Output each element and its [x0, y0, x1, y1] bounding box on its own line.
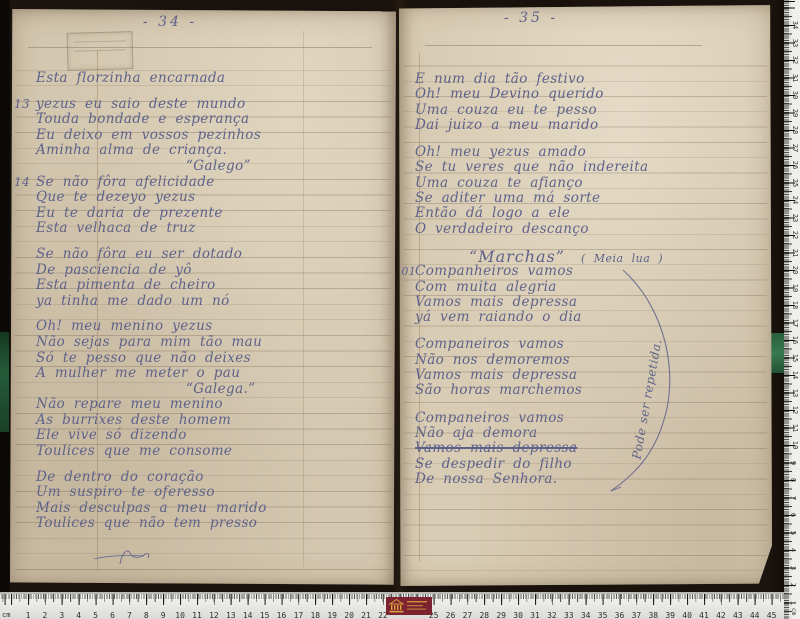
ruler-number: 2 — [789, 583, 797, 587]
ruler-number: 43 — [733, 611, 743, 619]
poem-line: Se tu veres que não indereita — [415, 160, 755, 175]
ruler-number: 19 — [327, 611, 337, 619]
ruler-number: 9 — [789, 460, 797, 464]
ruler-number: 33 — [791, 38, 799, 46]
ruler-number: 32 — [547, 611, 557, 619]
ruler-number: 7 — [127, 611, 132, 619]
ruler-number: 13 — [791, 388, 799, 396]
ruler-number: 25 — [791, 178, 799, 186]
ruler-number: 33 — [564, 611, 574, 619]
poem-line: Mais desculpas a meu marido — [36, 501, 376, 517]
ruler-number: 6 — [110, 611, 115, 619]
ruler-number: 42 — [716, 611, 726, 619]
ruler-number: 4 — [789, 548, 797, 552]
margin-number: 13 — [14, 97, 30, 113]
stanza-attribution: “Galego” — [36, 159, 376, 175]
ruler-number: 17 — [294, 611, 304, 619]
ruler-number: 37 — [632, 611, 642, 619]
poem-line: 13yezus eu saio deste mundo — [36, 97, 376, 113]
page-number: - 34 - — [120, 14, 220, 30]
ruler-number: 31 — [791, 73, 799, 81]
scanned-manuscript-view: { "manuscript": { "left_page": { "page_n… — [0, 0, 800, 619]
ruler-number: 27 — [791, 143, 799, 151]
green-strip-left — [0, 332, 9, 432]
poem-line: Esta pimenta de cheiro — [36, 278, 376, 294]
ruler-number: 30 — [791, 91, 799, 99]
ruler-number: 38 — [648, 611, 658, 619]
poem-line: Oh! meu yezus amado — [415, 145, 755, 160]
ruler-number: 12 — [209, 611, 219, 619]
ruler-number: 30 — [513, 611, 523, 619]
ruler-number: 16 — [277, 611, 287, 619]
poem-text-left: Esta florzinha encarnada13yezus eu saio … — [36, 71, 376, 532]
poem-line: 14Se não fôra afelicidade — [36, 175, 376, 191]
ruler-number: 16 — [791, 336, 799, 344]
ruler-number: 20 — [791, 266, 799, 274]
ruler-number: 26 — [446, 611, 456, 619]
poem-line: ya tinha me dado um nó — [36, 294, 376, 310]
ruler-number: 3 — [59, 611, 64, 619]
ruler-number: 18 — [310, 611, 320, 619]
ruler-number: 28 — [479, 611, 489, 619]
ruler-number: 10 — [175, 611, 185, 619]
repeat-curve — [555, 258, 690, 503]
poem-line: A mulher me meter o pau — [36, 366, 376, 382]
poem-line: Só te pesso que não deixes — [36, 351, 376, 367]
ruler-number: 2 — [42, 611, 47, 619]
ruler-number: 13 — [226, 611, 236, 619]
ruler-number: 14 — [791, 371, 799, 379]
blind-stamp — [67, 31, 134, 71]
signature-flourish — [92, 546, 162, 570]
ruler-number: 34 — [581, 611, 591, 619]
poem-line: Eu te daria de prezente — [36, 206, 376, 222]
poem-line: As burrixes deste homem — [36, 413, 376, 429]
ruler-number: 12 — [791, 406, 799, 414]
ruler-number: 21 — [361, 611, 371, 619]
ruler-number: 45 — [767, 611, 777, 619]
poem-line: De pasciencia de yô — [36, 263, 376, 279]
poem-line: Uma couza eu te pesso — [415, 103, 755, 118]
poem-line: Não sejas para mim tão mau — [36, 335, 376, 351]
poem-line: Se não fôra eu ser dotado — [36, 247, 376, 263]
poem-line: Oh! meu menino yezus — [36, 319, 376, 335]
ruler-number: 9 — [161, 611, 166, 619]
poem-line: Aminha alma de criança. — [36, 143, 376, 159]
ruler-number: 36 — [615, 611, 625, 619]
poem-line: Esta velhaca de truz — [36, 221, 376, 237]
ruler-number: 15 — [791, 353, 799, 361]
ruler-number: 21 — [791, 248, 799, 256]
ruler-number: 39 — [665, 611, 675, 619]
ruler-number: 44 — [750, 611, 760, 619]
ruler-number: 17 — [791, 318, 799, 326]
poem-line: E num dia tão festivo — [415, 72, 755, 87]
poem-line: Então dá logo a ele — [415, 206, 755, 221]
poem-line: Esta florzinha encarnada — [36, 71, 376, 87]
ruler-number: 31 — [530, 611, 540, 619]
ruler-number: 1 — [26, 611, 31, 619]
ruler-number: 5 — [93, 611, 98, 619]
ruler-number: 24 — [791, 196, 799, 204]
ruler-number: 5 — [789, 530, 797, 534]
poem-line: Toulices que me consome — [36, 444, 376, 460]
ruler-number: 6 — [789, 513, 797, 517]
poem-line: Se aditer uma má sorte — [415, 191, 755, 206]
stanza-attribution: “Galega.” — [36, 382, 376, 398]
ruler-number: 22 — [791, 231, 799, 239]
ruler-number: 18 — [791, 301, 799, 309]
archive-logo — [386, 597, 432, 615]
header-rule — [425, 45, 702, 46]
ruler-number: 1 — [789, 600, 797, 604]
ruler-number: 19 — [791, 283, 799, 291]
ruler-number: 15 — [260, 611, 270, 619]
cm-unit-label: cm — [2, 611, 10, 619]
ruler-number: 20 — [344, 611, 354, 619]
ruler-number: 32 — [791, 56, 799, 64]
poem-line: De dentro do coração — [36, 470, 376, 486]
poem-line: Que te dezeyo yezus — [36, 190, 376, 206]
left-page: - 34 - Esta florzinha encarnada13yezus e… — [10, 9, 396, 587]
ruler-number: 35 — [598, 611, 608, 619]
poem-line: Touda bondade e esperança — [36, 112, 376, 128]
ruler-number: 3 — [789, 565, 797, 569]
poem-line: Ele vive só dizendo — [36, 428, 376, 444]
poem-line: Uma couza te afianço — [415, 176, 755, 191]
stanza-gap — [415, 237, 755, 249]
ruler-number: 8 — [144, 611, 149, 619]
cm-unit-label: cm — [790, 608, 797, 615]
ruler-number: 8 — [789, 478, 797, 482]
margin-number: 101 — [394, 264, 416, 279]
margin-number: 14 — [14, 175, 30, 191]
poem-line: Toulices que não tem presso — [36, 516, 376, 532]
poem-line: Não repare meu menino — [36, 397, 376, 413]
archive-building-icon — [386, 597, 432, 615]
ruler-number: 23 — [791, 213, 799, 221]
ruler-number: 7 — [789, 495, 797, 499]
ruler-number: 14 — [243, 611, 253, 619]
ruler-number: 28 — [791, 126, 799, 134]
ruler-number: 11 — [192, 611, 202, 619]
ruler-number: 29 — [791, 108, 799, 116]
ruler-number: 10 — [791, 441, 799, 449]
ruler-number: 26 — [791, 161, 799, 169]
vertical-ruler: cm 3433323130292827262524232221201918171… — [784, 0, 800, 619]
ruler-number: 29 — [496, 611, 506, 619]
poem-line: Oh! meu Devino querido — [415, 87, 755, 102]
poem-line: O verdadeiro descanço — [415, 222, 755, 237]
ruler-number: 40 — [682, 611, 692, 619]
ruler-number: 41 — [699, 611, 709, 619]
ruler-number: 34 — [791, 21, 799, 29]
ruler-number: 4 — [76, 611, 81, 619]
poem-line: Dai juizo a meu marido — [415, 118, 755, 133]
ruler-number: 11 — [791, 423, 799, 431]
poem-line: Eu deixo em vossos pezinhos — [36, 128, 376, 144]
poem-line: Um suspiro te oferesso — [36, 485, 376, 501]
page-number: - 35 - — [481, 10, 581, 26]
ruler-number: 27 — [463, 611, 473, 619]
